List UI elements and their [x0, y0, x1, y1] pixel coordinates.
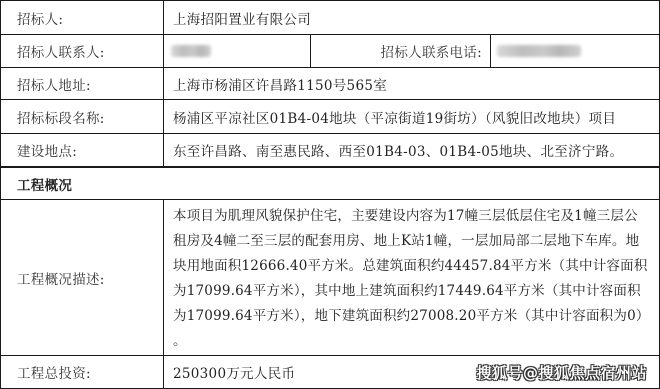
- row-location: 建设地点: 东至许昌路、南至惠民路、西至01B4-03、01B4-05地块、北至…: [1, 134, 659, 168]
- tenderer-value: 上海招阳置业有限公司: [164, 1, 659, 34]
- redacted-contact-name: [171, 45, 211, 57]
- description-line: 块用地面积12666.40平方米。总建筑面积约44457.84平方米（其中计容面…: [173, 254, 655, 279]
- contact-person-value: [164, 35, 311, 67]
- redacted-phone-number: [497, 45, 581, 57]
- watermark: 搜狐号@搜狐焦点宿州站: [476, 356, 647, 388]
- investment-label: 工程总投资:: [1, 356, 164, 388]
- contact-phone-value: [491, 35, 659, 67]
- tender-info-table: 招标人: 上海招阳置业有限公司 招标人联系人: 招标人联系电话: 招标人地址: …: [0, 0, 660, 389]
- description-text: 本项目为肌理风貌保护住宅，主要建设内容为17幢三层低层住宅及1幢三层公 租房及4…: [173, 204, 655, 354]
- row-investment: 工程总投资: 250300万元人民币 搜狐号@搜狐焦点宿州站: [1, 356, 659, 388]
- overview-section-title: 工程概况: [1, 168, 659, 199]
- location-value: 东至许昌路、南至惠民路、西至01B4-03、01B4-05地块、北至济宁路。: [164, 134, 659, 166]
- address-value: 上海市杨浦区许昌路1150号565室: [164, 68, 659, 99]
- description-line: 为17099.64平方米），地下建筑面积约27008.20平方米（其中计容面积为…: [173, 304, 655, 329]
- location-label: 建设地点:: [1, 134, 164, 166]
- section-name-label: 招标标段名称:: [1, 100, 164, 133]
- contact-phone-label: 招标人联系电话:: [311, 35, 491, 67]
- tenderer-label: 招标人:: [1, 1, 164, 34]
- row-overview-description: 工程概况描述: 本项目为肌理风貌保护住宅，主要建设内容为17幢三层低层住宅及1幢…: [1, 200, 659, 356]
- description-line: 租房及4幢二至三层的配套用房、地上K站1幢，一层加局部二层地下车库。地: [173, 229, 655, 254]
- address-label: 招标人地址:: [1, 68, 164, 99]
- section-name-value: 杨浦区平凉社区01B4-04地块（平凉街道19街坊）（风貌旧改地块）项目: [164, 100, 659, 133]
- row-contact: 招标人联系人: 招标人联系电话:: [1, 35, 659, 68]
- description-line: 为17099.64平方米），其中地上建筑面积约17449.64平方米（其中计容面…: [173, 279, 655, 304]
- description-line: 。: [173, 329, 655, 354]
- description-line: 本项目为肌理风貌保护住宅，主要建设内容为17幢三层低层住宅及1幢三层公: [173, 204, 655, 229]
- row-address: 招标人地址: 上海市杨浦区许昌路1150号565室: [1, 68, 659, 100]
- row-tenderer: 招标人: 上海招阳置业有限公司: [1, 1, 659, 35]
- row-overview-header: 工程概况: [1, 168, 659, 200]
- row-section-name: 招标标段名称: 杨浦区平凉社区01B4-04地块（平凉街道19街坊）（风貌旧改地…: [1, 100, 659, 134]
- contact-person-label: 招标人联系人:: [1, 35, 164, 67]
- description-label: 工程概况描述:: [1, 200, 164, 355]
